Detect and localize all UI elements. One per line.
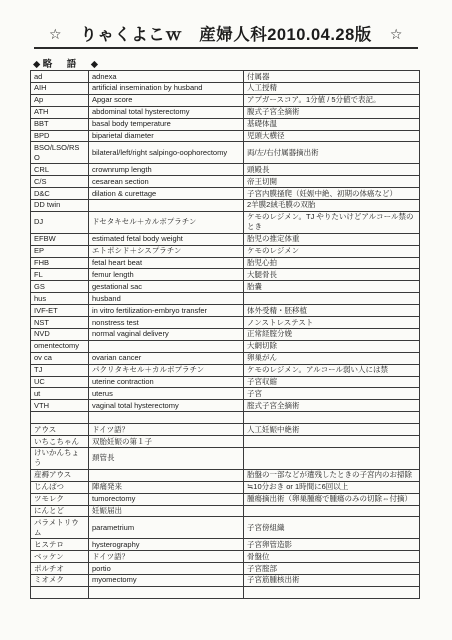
term-cell [89,199,244,211]
abbr-cell [31,586,89,598]
table-row [31,586,420,598]
meaning-cell [244,412,420,424]
abbr-cell: ポルチオ [31,563,89,575]
abbr-cell: C/S [31,176,89,188]
meaning-cell: ケモのレジメン。TJ やりたいけどアルコール禁のとき [244,211,420,233]
term-cell: 双胎妊娠の第１子 [89,436,244,448]
term-cell: crownrump length [89,164,244,176]
meaning-cell: 人工授精 [244,82,420,94]
meaning-cell: 大腿骨長 [244,269,420,281]
meaning-cell: 正常経腟分娩 [244,328,420,340]
table-row: BPDbiparietal diameter児頭大横径 [31,130,420,142]
meaning-cell: 大網切除 [244,340,420,352]
table-row: TJパクリタキセル＋カルボプラチンケモのレジメン。アルコール弱い人には禁 [31,364,420,376]
table-row: DJドセタキセル＋カルボプラチンケモのレジメン。TJ やりたいけどアルコール禁の… [31,211,420,233]
abbr-cell: IVF-ET [31,305,89,317]
term-cell: パクリタキセル＋カルボプラチン [89,364,244,376]
table-row: アウスドイツ語？人工妊娠中絶術 [31,424,420,436]
meaning-cell: 腫瘍摘出術（卵巣腫瘍で腫瘍のみの切除⇔付摘） [244,493,420,505]
meaning-cell: 胎嚢 [244,281,420,293]
section-heading: ◆略 語 ◆ [33,56,101,70]
meaning-cell: 児頭大横径 [244,130,420,142]
abbr-cell: ツモレク [31,493,89,505]
table-row: DD twin2羊膜2絨毛膜の双胎 [31,199,420,211]
meaning-cell [244,436,420,448]
term-cell: 陣痛発来 [89,481,244,493]
table-row: ApApgar scoreアプガースコア。1分値 / 5分値で表記。 [31,94,420,106]
term-cell: ドイツ語？ [89,551,244,563]
table-row: ATHabdominal total hysterectomy腹式子宮全摘術 [31,106,420,118]
meaning-cell: 頭殿長 [244,164,420,176]
meaning-cell: 胎児の推定体重 [244,233,420,245]
meaning-cell: 腟式子宮全摘術 [244,400,420,412]
meaning-cell: 胎児心拍 [244,257,420,269]
meaning-cell: 子宮腟部 [244,563,420,575]
meaning-cell: 2羊膜2絨毛膜の双胎 [244,199,420,211]
table-row: D&Cdilation & curettage子宮内膜掻爬（妊娠中絶、初期の体癌… [31,188,420,200]
table-row: BSO/LSO/RSObilateral/left/right salpingo… [31,142,420,164]
abbr-cell: EP [31,245,89,257]
table-row: ミオメクmyomectomy子宮筋腫核出術 [31,574,420,586]
term-cell: 頚管長 [89,447,244,469]
meaning-cell: 両/左/右付属器摘出術 [244,142,420,164]
meaning-cell: 骨盤位 [244,551,420,563]
abbr-cell: UC [31,376,89,388]
meaning-cell: 子宮 [244,388,420,400]
term-cell: uterine contraction [89,376,244,388]
term-cell [89,412,244,424]
table-row: omentectomy大網切除 [31,340,420,352]
meaning-cell [244,293,420,305]
abbr-cell: 産褥アウス [31,469,89,481]
table-row: ツモレクtumorectomy腫瘍摘出術（卵巣腫瘍で腫瘍のみの切除⇔付摘） [31,493,420,505]
abbr-cell: BBT [31,118,89,130]
table-row: ポルチオportio子宮腟部 [31,563,420,575]
document-title: ☆ りゃくよこｗ 産婦人科2010.04.28版 ☆ [34,21,418,49]
meaning-cell: アプガースコア。1分値 / 5分値で表記。 [244,94,420,106]
meaning-cell: 胎盤の一部などが遺残したときの子宮内のお掃除 [244,469,420,481]
term-cell: estimated fetal body weight [89,233,244,245]
document-title-text: りゃくよこｗ 産婦人科2010.04.28版 [80,26,372,44]
term-cell: 妊娠届出 [89,505,244,517]
term-cell: portio [89,563,244,575]
abbr-cell: パラメトリウム [31,517,89,539]
document-page: ☆ りゃくよこｗ 産婦人科2010.04.28版 ☆ ◆略 語 ◆ adadne… [0,0,452,640]
abbr-cell: ut [31,388,89,400]
star-icon: ☆ [49,26,62,43]
abbr-cell: hus [31,293,89,305]
table-row: けいかんちょう頚管長 [31,447,420,469]
term-cell [89,340,244,352]
term-cell: エトポシド＋シスプラチン [89,245,244,257]
term-cell: nonstress test [89,317,244,329]
abbr-cell: DD twin [31,199,89,211]
meaning-cell: 子宮内膜掻爬（妊娠中絶、初期の体癌など） [244,188,420,200]
meaning-cell: 子宮収縮 [244,376,420,388]
term-cell: abdominal total hysterectomy [89,106,244,118]
term-cell: cesarean section [89,176,244,188]
abbr-cell: ミオメク [31,574,89,586]
abbr-cell: けいかんちょう [31,447,89,469]
table-row: CRLcrownrump length頭殿長 [31,164,420,176]
term-cell: basal body temperature [89,118,244,130]
meaning-cell [244,586,420,598]
table-row: BBTbasal body temperature基礎体温 [31,118,420,130]
term-cell: Apgar score [89,94,244,106]
abbr-cell: FHB [31,257,89,269]
table-row: NVDnormal vaginal delivery正常経腟分娩 [31,328,420,340]
term-cell: ドセタキセル＋カルボプラチン [89,211,244,233]
table-row: IVF-ETin vitro fertilization-embryo tran… [31,305,420,317]
meaning-cell: 卵巣がん [244,352,420,364]
abbr-cell: DJ [31,211,89,233]
table-row: AIHartificial insemination by husband人工授… [31,82,420,94]
term-cell: in vitro fertilization-embryo transfer [89,305,244,317]
abbr-cell: CRL [31,164,89,176]
table-row: にんとど妊娠届出 [31,505,420,517]
table-row: じんぱつ陣痛発来≒10分おき or 1時間に6回以上 [31,481,420,493]
term-cell: hysterography [89,539,244,551]
abbr-cell: いちこちゃん [31,436,89,448]
document-header: ☆ りゃくよこｗ 産婦人科2010.04.28版 ☆ [0,21,452,49]
abbr-cell: ヒステロ [31,539,89,551]
table-row: 産褥アウス胎盤の一部などが遺残したときの子宮内のお掃除 [31,469,420,481]
meaning-cell [244,447,420,469]
meaning-cell: 子宮卵管造影 [244,539,420,551]
star-icon: ☆ [390,26,403,43]
term-cell: fetal heart beat [89,257,244,269]
table-row: ヒステロhysterography子宮卵管造影 [31,539,420,551]
table-row: いちこちゃん双胎妊娠の第１子 [31,436,420,448]
abbr-cell: omentectomy [31,340,89,352]
abbr-cell: ベッケン [31,551,89,563]
term-cell: parametrium [89,517,244,539]
table-row: VTHvaginal total hysterectomy腟式子宮全摘術 [31,400,420,412]
table-row: C/Scesarean section帝王切開 [31,176,420,188]
meaning-cell: ケモのレジメン。アルコール弱い人には禁 [244,364,420,376]
term-cell: ovarian cancer [89,352,244,364]
term-cell: myomectomy [89,574,244,586]
abbr-cell: Ap [31,94,89,106]
term-cell: vaginal total hysterectomy [89,400,244,412]
meaning-cell: 子宮傍組織 [244,517,420,539]
term-cell: dilation & curettage [89,188,244,200]
table-row [31,412,420,424]
abbr-cell: AIH [31,82,89,94]
meaning-cell: 基礎体温 [244,118,420,130]
table-row: EPエトポシド＋シスプラチンケモのレジメン [31,245,420,257]
abbr-cell: NST [31,317,89,329]
term-cell: gestational sac [89,281,244,293]
meaning-cell: 体外受精・胚移植 [244,305,420,317]
meaning-cell: 付属器 [244,71,420,83]
abbr-cell: ov ca [31,352,89,364]
table-row: FLfemur length大腿骨長 [31,269,420,281]
meaning-cell: ノンストレステスト [244,317,420,329]
term-cell: bilateral/left/right salpingo-oophorecto… [89,142,244,164]
abbr-cell: ad [31,71,89,83]
term-cell [89,469,244,481]
term-cell [89,586,244,598]
abbr-cell: アウス [31,424,89,436]
abbr-cell: じんぱつ [31,481,89,493]
abbr-cell: VTH [31,400,89,412]
abbr-cell: FL [31,269,89,281]
meaning-cell: 人工妊娠中絶術 [244,424,420,436]
meaning-cell: 腹式子宮全摘術 [244,106,420,118]
table-row: パラメトリウムparametrium子宮傍組織 [31,517,420,539]
table-row: ベッケンドイツ語？骨盤位 [31,551,420,563]
abbr-cell: NVD [31,328,89,340]
table-row: EFBWestimated fetal body weight胎児の推定体重 [31,233,420,245]
meaning-cell: ≒10分おき or 1時間に6回以上 [244,481,420,493]
term-cell: tumorectomy [89,493,244,505]
term-cell: artificial insemination by husband [89,82,244,94]
table-row: adadnexa付属器 [31,71,420,83]
abbr-cell: BPD [31,130,89,142]
term-cell: biparietal diameter [89,130,244,142]
meaning-cell: 帝王切開 [244,176,420,188]
table-row: hushusband [31,293,420,305]
abbr-cell: EFBW [31,233,89,245]
abbr-cell: D&C [31,188,89,200]
meaning-cell: 子宮筋腫核出術 [244,574,420,586]
term-cell: adnexa [89,71,244,83]
meaning-cell [244,505,420,517]
abbr-cell [31,412,89,424]
abbreviation-table-body: adadnexa付属器AIHartificial insemination by… [31,71,420,599]
table-row: ututerus子宮 [31,388,420,400]
term-cell: ドイツ語？ [89,424,244,436]
abbreviation-table: adadnexa付属器AIHartificial insemination by… [30,70,420,599]
term-cell: femur length [89,269,244,281]
abbr-cell: TJ [31,364,89,376]
table-row: NSTnonstress testノンストレステスト [31,317,420,329]
abbr-cell: にんとど [31,505,89,517]
term-cell: uterus [89,388,244,400]
table-row: GSgestational sac胎嚢 [31,281,420,293]
term-cell: husband [89,293,244,305]
table-row: UCuterine contraction子宮収縮 [31,376,420,388]
table-row: ov caovarian cancer卵巣がん [31,352,420,364]
abbr-cell: ATH [31,106,89,118]
term-cell: normal vaginal delivery [89,328,244,340]
abbr-cell: BSO/LSO/RSO [31,142,89,164]
meaning-cell: ケモのレジメン [244,245,420,257]
abbr-cell: GS [31,281,89,293]
table-row: FHBfetal heart beat胎児心拍 [31,257,420,269]
